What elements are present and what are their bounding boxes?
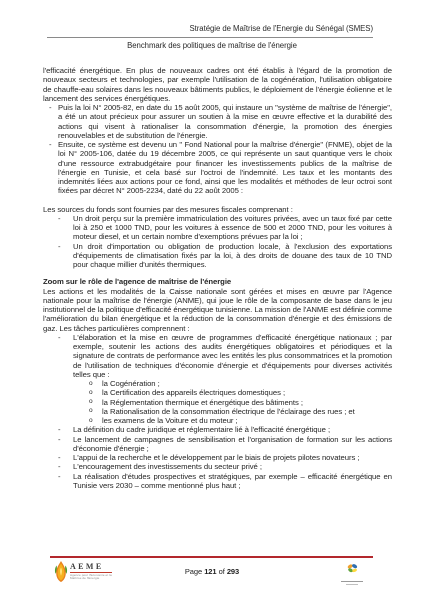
intro-paragraph: l'efficacité énergétique. En plus de nou… <box>43 66 392 103</box>
bullet-text: La définition du cadre juridique et régl… <box>73 425 392 434</box>
pinwheel-icon <box>346 561 359 578</box>
header-title: Stratégie de Maîtrise de l'Energie du Sé… <box>189 24 373 33</box>
of-word: of <box>219 567 225 576</box>
bullet-item: - Le lancement de campagnes de sensibili… <box>43 435 392 454</box>
spacer <box>43 196 392 205</box>
sub-bullet-item: o la Rationalisation de la consommation … <box>43 407 392 416</box>
bullet-marker: - <box>58 435 61 444</box>
spacer <box>43 269 392 277</box>
footer-rule <box>50 556 373 558</box>
total-pages: 293 <box>227 567 239 576</box>
sub-bullet-item: o la Certification des appareils électri… <box>43 388 392 397</box>
bullet-item: - La réalisation d'études prospectives e… <box>43 472 392 491</box>
body-text: l'efficacité énergétique. En plus de nou… <box>43 66 392 490</box>
bullet-text: Le lancement de campagnes de sensibilisa… <box>73 435 392 454</box>
bullet-text: L'élaboration et la mise en œuvre de pro… <box>73 333 392 379</box>
header-rule <box>47 37 373 38</box>
bullet-text: L'appui de la recherche et le développem… <box>73 453 392 462</box>
page-word: Page <box>185 567 202 576</box>
sub-bullet-item: o la Cogénération ; <box>43 379 392 388</box>
bullet-text: Puis la loi N° 2005-82, en date du 15 ao… <box>58 103 392 140</box>
bullet-marker: - <box>58 242 61 251</box>
bullet-marker: - <box>58 214 61 223</box>
sub-bullet-marker: o <box>89 379 93 388</box>
sub-bullet-item: o la Réglementation thermique et énergét… <box>43 398 392 407</box>
bullet-text: L'encouragement des investissements du s… <box>73 462 392 471</box>
section-heading: Zoom sur le rôle de l'agence de maîtrise… <box>43 277 392 286</box>
bullet-marker: - <box>49 140 52 149</box>
section-intro: Les actions et les modalités de la Caiss… <box>43 287 392 333</box>
bullet-text: Un droit perçu sur la première immatricu… <box>73 214 392 242</box>
bullet-text: Un droit d'importation ou obligation de … <box>73 242 392 270</box>
bullet-marker: - <box>49 103 52 112</box>
bullet-item: - La définition du cadre juridique et ré… <box>43 425 392 434</box>
partner-logo <box>341 561 363 585</box>
document-page: Stratégie de Maîtrise de l'Energie du Sé… <box>0 0 424 600</box>
partner-logo-text-bar <box>346 584 358 585</box>
sub-bullet-marker: o <box>89 416 93 425</box>
partner-logo-text-bar <box>341 581 363 582</box>
sub-bullet-text: la Réglementation thermique et énergétiq… <box>102 398 392 407</box>
bullet-item: - Ensuite, ce système est devenu un " Fo… <box>43 140 392 196</box>
sub-bullet-marker: o <box>89 388 93 397</box>
bullet-marker: - <box>58 462 61 471</box>
sub-bullet-text: les examens de la Voiture et du moteur ; <box>102 416 392 425</box>
sub-bullet-text: la Cogénération ; <box>102 379 392 388</box>
sub-bullet-item: o les examens de la Voiture et du moteur… <box>43 416 392 425</box>
page-number: 121 <box>204 567 216 576</box>
bullet-item: - Un droit d'importation ou obligation d… <box>43 242 392 270</box>
sub-bullet-marker: o <box>89 406 93 415</box>
bullet-item: - Un droit perçu sur la première immatri… <box>43 214 392 242</box>
bullet-item: - Puis la loi N° 2005-82, en date du 15 … <box>43 103 392 140</box>
bullet-marker: - <box>58 425 61 434</box>
bullet-text: Ensuite, ce système est devenu un " Fond… <box>58 140 392 196</box>
sub-bullet-text: la Certification des appareils électriqu… <box>102 388 392 397</box>
bullet-marker: - <box>58 472 61 481</box>
bullet-item: - L'élaboration et la mise en œuvre de p… <box>43 333 392 379</box>
bullet-marker: - <box>58 453 61 462</box>
bullet-item: - L'appui de la recherche et le développ… <box>43 453 392 462</box>
sub-bullet-marker: o <box>89 397 93 406</box>
header-subtitle: Benchmark des politiques de maîtrise de … <box>0 41 424 50</box>
sources-intro: Les sources du fonds sont fournies par d… <box>43 205 392 214</box>
bullet-item: - L'encouragement des investissements du… <box>43 462 392 471</box>
bullet-marker: - <box>58 333 61 342</box>
sub-bullet-text: la Rationalisation de la consommation él… <box>102 407 392 416</box>
bullet-text: La réalisation d'études prospectives et … <box>73 472 392 491</box>
